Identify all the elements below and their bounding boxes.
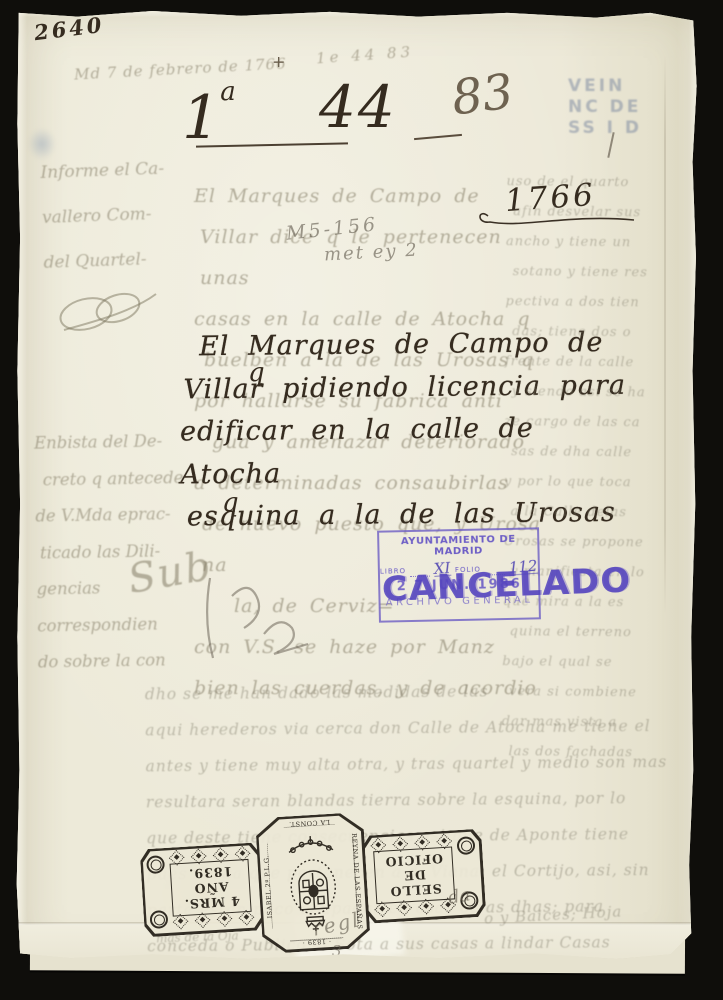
docket-number-secondary: 44 — [319, 78, 397, 136]
seal-value-line1: 4 MRS. — [174, 893, 250, 913]
margin-rubric-flourish — [52, 282, 162, 342]
seal-corner-circle-icon — [457, 837, 476, 856]
seal-office-label: SELLO DE OFICIO — [374, 847, 456, 905]
bleed-line: antes y tiene muy alta otra, y tras quar… — [145, 744, 697, 785]
margin-note-line: creto q antecede — [42, 459, 220, 499]
bleed-line: frente de la calle — [505, 347, 705, 379]
pencil-mark-near-seal: da — [446, 884, 472, 909]
margin-note-line: vallero Com- — [41, 190, 212, 241]
docket-number-tertiary: 83 — [449, 66, 516, 123]
faded-docket-numbers: 1e 44 83 — [315, 43, 414, 68]
bleed-line: sas de dha calle — [511, 437, 704, 469]
fiscal-tax-seal: SELLO DE OFICIO · 1839 · ISABEL 2ª P.L.G… — [137, 803, 489, 964]
margin-note-line: Informe el Ca- — [40, 145, 211, 196]
bleed-line: afin desvelar sus — [513, 197, 706, 229]
margin-note-line: Enbista del De- — [34, 422, 220, 462]
torn-edge-left — [16, 10, 27, 960]
margin-note-line: correspondien — [37, 605, 223, 645]
seal-cap-value: 4 MRS. AÑO 1839. — [140, 842, 265, 937]
flourish-q-2: q — [222, 488, 239, 518]
bleed-line: ancho y tiene un — [506, 227, 706, 259]
bleed-stamp-line: SS I D — [568, 118, 642, 139]
docket-primary-digit: 1 — [182, 83, 220, 153]
margin-note-top: Informe el Ca-vallero Com-del Quartel- — [40, 145, 215, 286]
bleed-line: sotano y tiene res — [513, 257, 706, 289]
bleed-through-stamp-text: VEINNC DESS I D — [568, 76, 642, 139]
seal-value-line2: AÑO 1839. — [172, 863, 249, 898]
bleed-line: quina el terreno — [509, 617, 702, 649]
margin-note-line: del Quartel- — [43, 235, 214, 286]
bleed-stamp-line: NC DE — [568, 97, 642, 118]
docket-dash-stroke — [414, 134, 462, 140]
bleed-line: pectiva a dos tien — [505, 287, 705, 319]
bleed-line: dho se me han dado las medidas de las — [145, 672, 697, 713]
seal-cap-oficio: SELLO DE OFICIO — [361, 829, 486, 924]
seal-office-line1: SELLO DE — [377, 866, 454, 901]
bleed-line: y siendo asi se ha — [512, 377, 705, 409]
faded-draft-line: El Marques de Campo de — [194, 176, 544, 217]
torn-edge-top — [16, 10, 698, 17]
seal-value-label: 4 MRS. AÑO 1839. — [170, 859, 252, 917]
bleed-line: aqui herederos via cerca don Calle de At… — [145, 708, 697, 749]
seal-corner-circle-icon — [147, 856, 166, 875]
bleed-stamp-line: VEIN — [568, 76, 642, 97]
scanned-document-page: { "colors":{"background":"#0f0e0b","pape… — [0, 0, 723, 1000]
docket-primary-superscript: a — [220, 77, 236, 107]
pencil-scribbles — [198, 566, 328, 681]
bleed-line: uso de el quarto — [506, 167, 706, 199]
bleed-line: das; tiene dos o — [512, 317, 705, 349]
bleed-line: a la Calle delas — [510, 497, 703, 529]
faded-date-note: Md 7 de febrero de 1766 — [74, 54, 287, 83]
stamp-header: AYUNTAMIENTO DE MADRID — [379, 533, 537, 558]
paper-sheet: 2640 + Md 7 de febrero de 1766 1e 44 83 … — [16, 10, 698, 960]
flourish-q-1: q — [248, 358, 265, 388]
bleed-line: y por lo que toca — [504, 467, 704, 499]
margin-note-line: de V.Mda eprac- — [35, 495, 221, 535]
docket-number-primary: 1a — [182, 62, 236, 148]
bleed-line: ze cargo de las ca — [504, 407, 704, 439]
